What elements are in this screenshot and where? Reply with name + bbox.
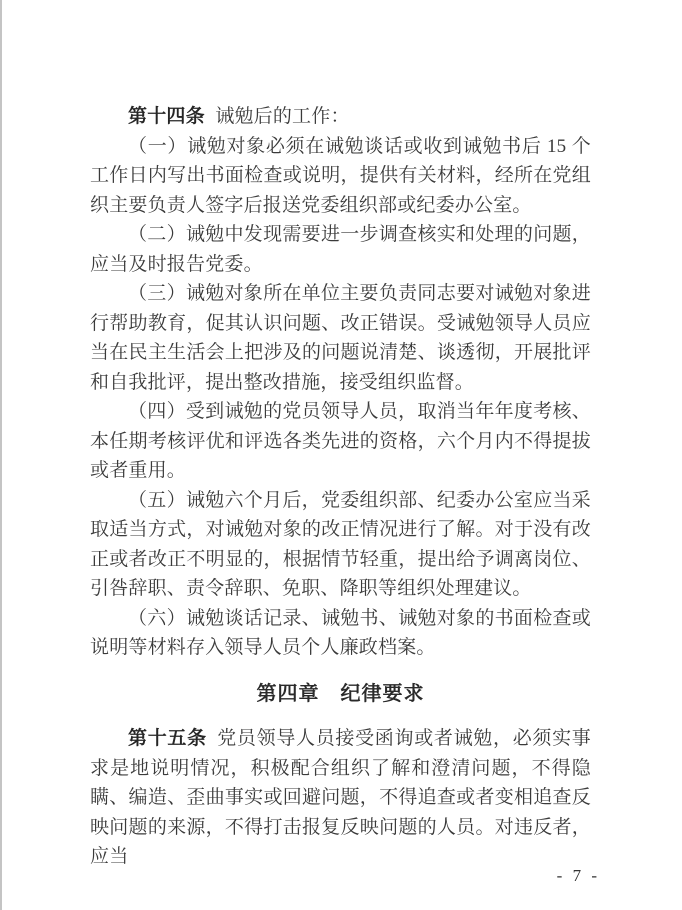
article-14-clause-3: （三）诫勉对象所在单位主要负责同志要对诫勉对象进行帮助教育，促其认识问题、改正错… xyxy=(90,279,591,397)
article-15-paragraph: 第十五条党员领导人员接受函询或者诫勉，必须实事求是地说明情况，积极配合组织了解和… xyxy=(90,724,591,872)
article-14-number: 第十四条 xyxy=(128,106,205,127)
document-page: 第十四条诫勉后的工作： （一）诫勉对象必须在诫勉谈话或收到诫勉书后 15 个工作… xyxy=(0,0,682,910)
article-14-clause-5: （五）诫勉六个月后，党委组织部、纪委办公室应当采取适当方式，对诫勉对象的改正情况… xyxy=(90,486,591,604)
article-14-clause-1: （一）诫勉对象必须在诫勉谈话或收到诫勉书后 15 个工作日内写出书面检查或说明，… xyxy=(90,132,591,221)
document-body: 第十四条诫勉后的工作： （一）诫勉对象必须在诫勉谈话或收到诫勉书后 15 个工作… xyxy=(90,102,591,872)
article-14-title-text: 诫勉后的工作： xyxy=(215,106,349,127)
page-number: - 7 - xyxy=(557,866,600,886)
article-14-title: 第十四条诫勉后的工作： xyxy=(90,102,591,132)
chapter-4-heading: 第四章 纪律要求 xyxy=(90,680,591,710)
article-14-clause-6: （六）诫勉谈话记录、诫勉书、诫勉对象的书面检查或说明等材料存入领导人员个人廉政档… xyxy=(90,604,591,663)
article-14-clause-4: （四）受到诫勉的党员领导人员，取消当年年度考核、本任期考核评优和评选各类先进的资… xyxy=(90,397,591,486)
article-15-number: 第十五条 xyxy=(128,728,207,749)
scan-edge-line xyxy=(0,0,2,910)
article-14-clause-2: （二）诫勉中发现需要进一步调查核实和处理的问题，应当及时报告党委。 xyxy=(90,220,591,279)
